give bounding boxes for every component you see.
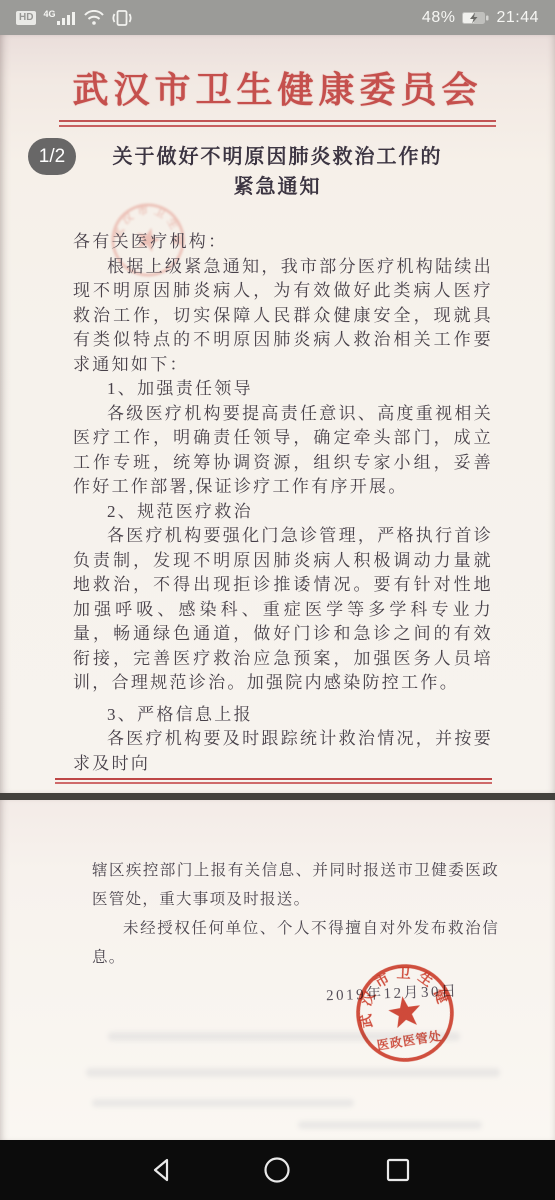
document-title-line2: 紧急通知 xyxy=(0,172,555,202)
intro-paragraph: 根据上级紧急通知，我市部分医疗机构陆续出现不明原因肺炎病人，为有效做好此类病人医… xyxy=(73,255,493,378)
section3-body: 各医疗机构要及时跟踪统计救治情况，并按要求及时向 xyxy=(73,727,493,776)
section1-body: 各级医疗机构要提高责任意识、高度重视相关医疗工作，明确责任领导，确定牵头部门，成… xyxy=(73,402,493,500)
vibrate-icon xyxy=(111,10,133,26)
network-type-label: 4G xyxy=(43,9,55,19)
status-bar-left: HD 4G xyxy=(16,10,133,26)
document-title: 关于做好不明原因肺炎救治工作的 紧急通知 xyxy=(0,142,555,202)
recents-icon xyxy=(385,1157,411,1183)
document-title-line1: 关于做好不明原因肺炎救治工作的 xyxy=(0,142,555,172)
page-separator xyxy=(0,793,555,800)
status-bar-right: 48% 21:44 xyxy=(422,9,539,27)
letterhead-double-rule xyxy=(59,120,496,127)
battery-percent-label: 48% xyxy=(422,9,456,27)
section2-body: 各医疗机构要强化门急诊管理，严格执行首诊负责制，发现不明原因肺炎病人积极调动力量… xyxy=(73,524,493,696)
official-seal-icon: 武汉市卫生健康委员会 医政医管处 xyxy=(319,927,491,1099)
letterhead-org-title: 武汉市卫生健康委员会 xyxy=(10,62,545,113)
wifi-icon xyxy=(84,10,104,25)
home-icon xyxy=(263,1156,291,1184)
page-indicator-badge: 1/2 xyxy=(28,138,76,175)
battery-charging-icon xyxy=(462,11,489,25)
hd-badge-icon: HD xyxy=(16,11,36,25)
section1-title: 1、加强责任领导 xyxy=(73,377,493,402)
recents-button[interactable] xyxy=(363,1140,433,1200)
signal-strength-icon xyxy=(57,10,77,26)
back-button[interactable] xyxy=(127,1140,197,1200)
red-double-underline xyxy=(55,778,492,784)
home-button[interactable] xyxy=(242,1140,312,1200)
document-page-1[interactable]: 1/2 武汉市卫生健康委员会 武汉市卫生健康委员会 关于做好不明原因肺炎救治工作… xyxy=(0,35,555,793)
document-body: 各有关医疗机构： 根据上级紧急通知，我市部分医疗机构陆续出现不明原因肺炎病人，为… xyxy=(73,230,493,784)
section3-title: 3、严格信息上报 xyxy=(73,703,493,728)
page2-continuation-text: 辖区疾控部门上报有关信息、并同时报送市卫健委医政医管处，重大事项及时报送。 xyxy=(92,856,499,914)
salutation-text: 各有关医疗机构： xyxy=(73,230,493,255)
status-bar: HD 4G xyxy=(0,0,555,35)
document-page-2[interactable]: 辖区疾控部门上报有关信息、并同时报送市卫健委医政医管处，重大事项及时报送。 未经… xyxy=(0,800,555,1140)
android-nav-bar xyxy=(0,1140,555,1200)
clock-label: 21:44 xyxy=(496,9,539,27)
section2-title: 2、规范医疗救治 xyxy=(73,500,493,525)
phone-screen: HD 4G xyxy=(0,0,555,1200)
bleedthrough-text-line xyxy=(298,1121,482,1129)
back-icon xyxy=(149,1157,175,1183)
bleedthrough-text-line xyxy=(92,1099,354,1107)
